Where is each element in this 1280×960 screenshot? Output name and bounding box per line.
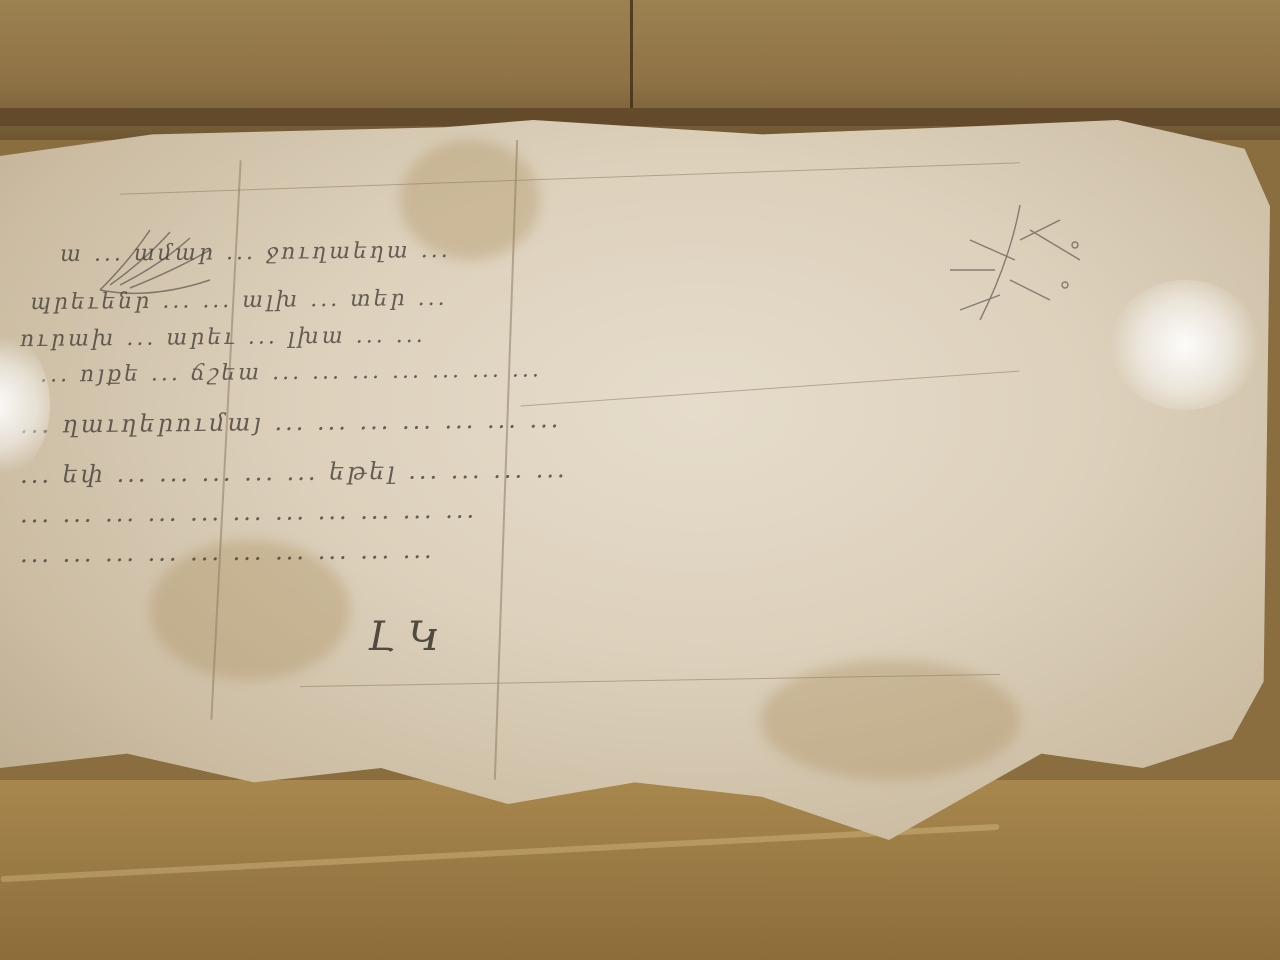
page-numeral: Լ Կ	[368, 614, 440, 660]
light-glare	[1110, 280, 1260, 410]
inscription-line: ... ղաւղերումայ ... ... ... ... ... ... …	[20, 405, 562, 439]
inscription-line: պրեւենր ... ... ալխ ... տեր ...	[30, 286, 448, 315]
crack	[521, 371, 1020, 407]
crack	[120, 162, 1019, 194]
inscription-line: ... ... ... ... ... ... ... ... ... ...	[20, 536, 435, 568]
inscription-line: ա ... ամար ... ջուղաեղա ...	[60, 238, 451, 267]
inscription-line: ... եփ ... ... ... ... ... եթել ... ... …	[20, 455, 568, 489]
inscription-line: ուրախ ... արեւ ... լխա ... ...	[20, 323, 426, 352]
plaster-fragment: ա ... ամար ... ջուղաեղա ... պրեւենր ... …	[0, 120, 1270, 840]
inscription-line: ... ոյքե ... ճշեա ... ... ... ... ... ..…	[40, 357, 542, 387]
light-glare	[0, 330, 50, 480]
wall-seam	[630, 0, 633, 108]
inscription-line: ... ... ... ... ... ... ... ... ... ... …	[20, 496, 477, 529]
tree-sketch	[940, 200, 1110, 340]
